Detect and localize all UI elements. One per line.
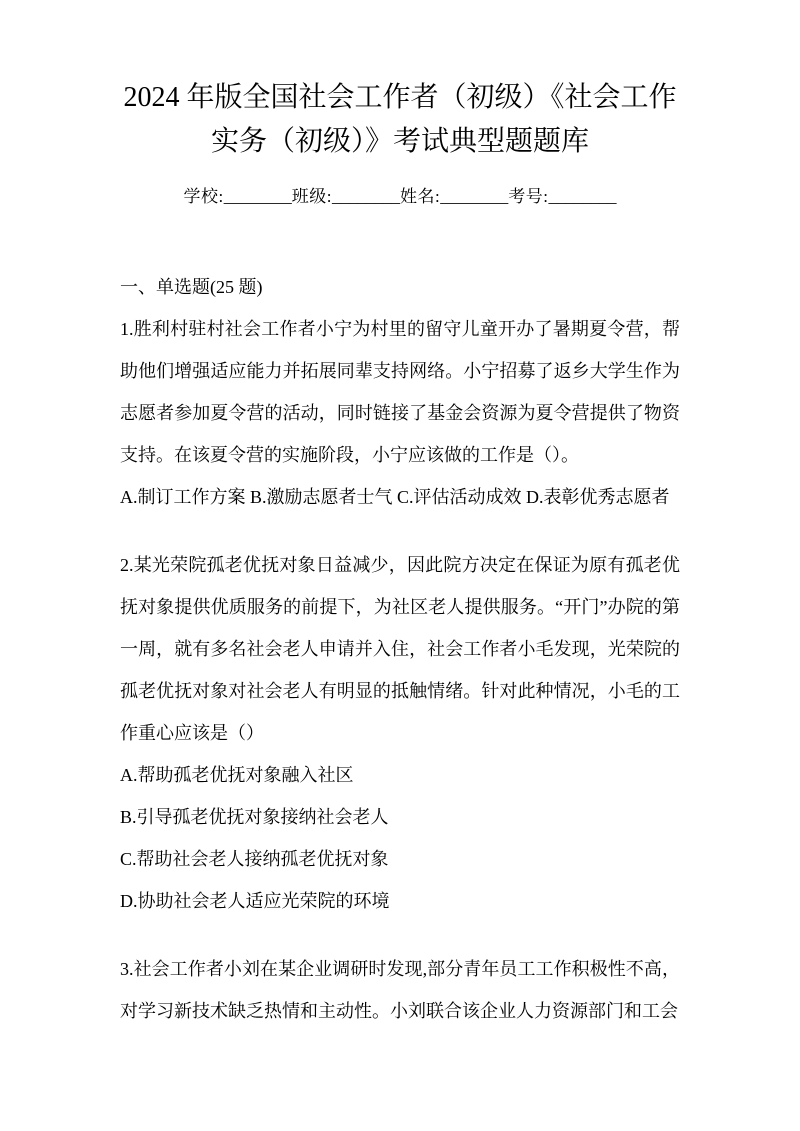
name-label: 姓名: [400,187,440,206]
question-2-option-b: B.引导孤老优抚对象接纳社会老人 [120,796,680,838]
question-1: 1.胜利村驻村社会工作者小宁为村里的留守儿童开办了暑期夏令营，帮助他们增强适应能… [120,308,680,518]
class-label: 班级: [292,187,332,206]
school-field: 学校:________ [184,184,292,210]
question-1-options: A.制订工作方案 B.激励志愿者士气 C.评估活动成效 D.表彰优秀志愿者 [120,476,680,518]
document-page: 2024 年版全国社会工作者（初级）《社会工作实务（初级）》考试典型题题库 学校… [0,0,800,1131]
question-2-option-c: C.帮助社会老人接纳孤老优抚对象 [120,838,680,880]
section-heading-single-choice: 一、单选题(25 题) [120,266,680,308]
class-field: 班级:________ [292,184,400,210]
exam-number-label: 考号: [508,187,548,206]
school-label: 学校: [184,187,224,206]
document-title: 2024 年版全国社会工作者（初级）《社会工作实务（初级）》考试典型题题库 [120,76,680,164]
school-blank: ________ [224,187,292,206]
question-2: 2.某光荣院孤老优抚对象日益减少，因此院方决定在保证为原有孤老优抚对象提供优质服… [120,544,680,922]
question-1-text: 1.胜利村驻村社会工作者小宁为村里的留守儿童开办了暑期夏令营，帮助他们增强适应能… [120,308,680,476]
exam-number-field: 考号:________ [508,184,616,210]
question-3-text: 3.社会工作者小刘在某企业调研时发现,部分青年员工工作积极性不高，对学习新技术缺… [120,948,680,1032]
name-field: 姓名:________ [400,184,508,210]
class-blank: ________ [332,187,400,206]
question-2-text: 2.某光荣院孤老优抚对象日益减少，因此院方决定在保证为原有孤老优抚对象提供优质服… [120,544,680,754]
question-2-option-a: A.帮助孤老优抚对象融入社区 [120,754,680,796]
name-blank: ________ [440,187,508,206]
exam-number-blank: ________ [548,187,616,206]
student-info-line: 学校:________班级:________姓名:________考号:____… [120,184,680,210]
question-3: 3.社会工作者小刘在某企业调研时发现,部分青年员工工作积极性不高，对学习新技术缺… [120,948,680,1032]
question-2-option-d: D.协助社会老人适应光荣院的环境 [120,880,680,922]
